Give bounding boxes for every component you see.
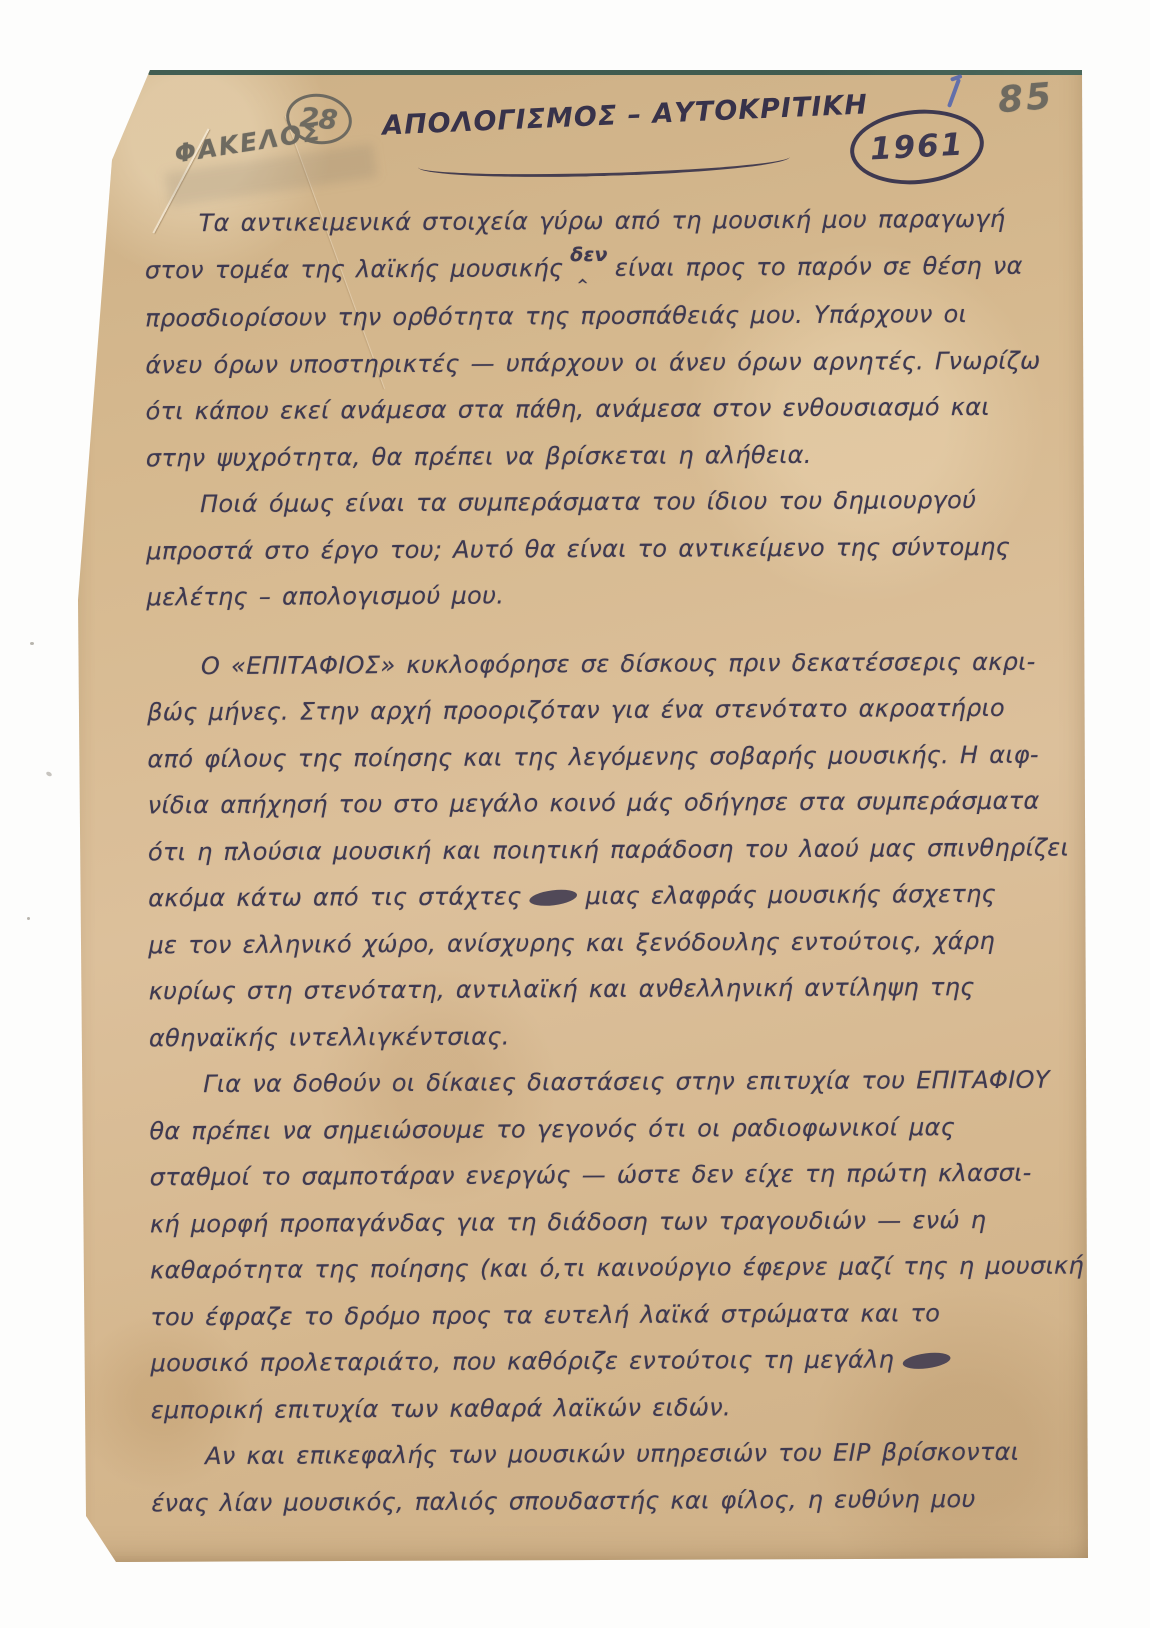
line-text: μπροστά στο έργο του; Αυτό θα είναι το α… xyxy=(146,532,1010,565)
year-label: 1961 xyxy=(869,127,965,168)
paper-top-edge xyxy=(148,69,1084,75)
line-text: εμπορική επιτυχία των καθαρά λαϊκών ειδώ… xyxy=(151,1393,731,1424)
line-text: Ποιά όμως είναι τα συμπεράσματα του ίδιο… xyxy=(200,486,976,518)
line-text: μιας ελαφράς μουσικής άσχετης xyxy=(585,880,996,910)
manuscript-line: Αν και επικεφαλής των μουσικών υπηρεσιών… xyxy=(151,1429,1061,1480)
line-text: στον τομέα της λαϊκής μουσικής xyxy=(145,254,564,284)
manuscript-line: Ποιά όμως είναι τα συμπεράσματα του ίδιο… xyxy=(146,477,1056,528)
line-text: του έφραζε το δρόμο προς τα ευτελή λαϊκά… xyxy=(150,1299,940,1331)
line-text: αθηναϊκής ιντελλιγκέντσιας. xyxy=(149,1022,510,1052)
line-text: κυρίως στη στενότατη, αντιλαϊκή και ανθε… xyxy=(149,973,975,1005)
line-text: ακόμα κάτω από τις στάχτες xyxy=(148,882,522,912)
manuscript-line: του έφραζε το δρόμο προς τα ευτελή λαϊκά… xyxy=(150,1289,1060,1340)
line-text: σταθμοί το σαμποτάραν ενεργώς — ώστε δεν… xyxy=(150,1159,1032,1192)
manuscript-line: κή μορφή προπαγάνδας για τη διάδοση των … xyxy=(150,1196,1060,1247)
scribble-mark xyxy=(901,1350,951,1371)
manuscript-line: στον τομέα της λαϊκής μουσικήςδενείναι π… xyxy=(145,242,1055,295)
manuscript-line: νίδια απήχησή του στο μεγάλο κοινό μάς ο… xyxy=(148,778,1058,829)
line-text: είναι προς το παρόν σε θέση να xyxy=(615,251,1023,281)
manuscript-line: βώς μήνες. Στην αρχή προοριζόταν για ένα… xyxy=(147,685,1057,736)
line-text: ότι κάπου εκεί ανάμεσα στα πάθη, ανάμεσα… xyxy=(146,393,990,425)
line-text: Ο «ΕΠΙΤΑΦΙΟΣ» κυκλοφόρησε σε δίσκους πρι… xyxy=(201,647,1036,679)
scanned-page: ΦΑΚΕΛΟΣ 28 ΑΠΟΛΟΓΙΣΜΟΣ – ΑΥΤΟΚΡΙΤΙΚΗ 196… xyxy=(0,0,1150,1628)
page-number: 85 xyxy=(996,76,1055,122)
manuscript-line: ότι η πλούσια μουσική και ποιητική παράδ… xyxy=(148,824,1058,875)
dust-speck xyxy=(27,917,30,920)
manuscript-line: μουσικό προλεταριάτο, που καθόριζε εντού… xyxy=(151,1336,1061,1387)
manuscript-line: θα πρέπει να σημειώσουμε το γεγονός ότι … xyxy=(149,1103,1059,1154)
line-text: άνευ όρων υποστηρικτές — υπάρχουν οι άνε… xyxy=(145,346,1040,379)
line-text: μελέτης – απολογισμού μου. xyxy=(147,582,505,612)
line-text: μουσικό προλεταριάτο, που καθόριζε εντού… xyxy=(151,1345,895,1377)
line-text: βώς μήνες. Στην αρχή προοριζόταν για ένα… xyxy=(147,694,1005,726)
line-text: από φίλους της ποίησης και της λεγόμενης… xyxy=(147,740,1039,773)
scribble-mark xyxy=(529,887,579,908)
manuscript-line: προσδιορίσουν την ορθότητα της προσπάθει… xyxy=(145,291,1055,342)
title-underline xyxy=(418,153,790,181)
line-text: ότι η πλούσια μουσική και ποιητική παράδ… xyxy=(148,833,1069,866)
manuscript-text: Τα αντικειμενικά στοιχεία γύρω από τη μο… xyxy=(145,196,1062,1527)
manuscript-line: σταθμοί το σαμποτάραν ενεργώς — ώστε δεν… xyxy=(150,1150,1060,1201)
line-text: προσδιορίσουν την ορθότητα της προσπάθει… xyxy=(145,300,967,332)
manuscript-line: με τον ελληνικό χώρο, ανίσχυρης και ξενό… xyxy=(148,917,1058,968)
manuscript-line: αθηναϊκής ιντελλιγκέντσιας. xyxy=(149,1010,1059,1061)
line-text: θα πρέπει να σημειώσουμε το γεγονός ότι … xyxy=(149,1113,955,1145)
dust-speck xyxy=(30,642,34,645)
paper-sheet: ΦΑΚΕΛΟΣ 28 ΑΠΟΛΟΓΙΣΜΟΣ – ΑΥΤΟΚΡΙΤΙΚΗ 196… xyxy=(70,62,1090,1567)
manuscript-line: Για να δοθούν οι δίκαιες διαστάσεις στην… xyxy=(149,1057,1059,1108)
manuscript-line: μπροστά στο έργο του; Αυτό θα είναι το α… xyxy=(146,523,1056,574)
folder-number: 28 xyxy=(299,102,339,136)
line-text: ένας λίαν μουσικός, παλιός σπουδαστής κα… xyxy=(151,1485,975,1517)
line-text: στην ψυχρότητα, θα πρέπει να βρίσκεται η… xyxy=(146,440,812,471)
blue-pen-check-mark xyxy=(947,78,961,108)
manuscript-line: από φίλους της ποίησης και της λεγόμενης… xyxy=(147,731,1057,782)
line-text: Για να δοθούν οι δίκαιες διαστάσεις στην… xyxy=(203,1066,1050,1098)
manuscript-line: μελέτης – απολογισμού μου. xyxy=(146,570,1056,621)
page-title: ΑΠΟΛΟΓΙΣΜΟΣ – ΑΥΤΟΚΡΙΤΙΚΗ xyxy=(382,89,869,141)
manuscript-line: καθαρότητα της ποίησης (και ό,τι καινούρ… xyxy=(150,1243,1060,1294)
line-text: κή μορφή προπαγάνδας για τη διάδοση των … xyxy=(150,1205,987,1237)
line-text: με τον ελληνικό χώρο, ανίσχυρης και ξενό… xyxy=(148,926,995,958)
dust-speck xyxy=(45,771,52,777)
manuscript-line: άνευ όρων υποστηρικτές — υπάρχουν οι άνε… xyxy=(145,337,1055,388)
manuscript-line: εμπορική επιτυχία των καθαρά λαϊκών ειδώ… xyxy=(151,1382,1061,1433)
manuscript-line: κυρίως στη στενότατη, αντιλαϊκή και ανθε… xyxy=(149,964,1059,1015)
manuscript-line: ότι κάπου εκεί ανάμεσα στα πάθη, ανάμεσα… xyxy=(146,384,1056,435)
manuscript-line: ακόμα κάτω από τις στάχτεςμιας ελαφράς μ… xyxy=(148,871,1058,922)
manuscript-line: ένας λίαν μουσικός, παλιός σπουδαστής κα… xyxy=(151,1475,1061,1526)
line-text: καθαρότητα της ποίησης (και ό,τι καινούρ… xyxy=(150,1251,1148,1284)
line-text: Αν και επικεφαλής των μουσικών υπηρεσιών… xyxy=(205,1438,1019,1470)
manuscript-line: στην ψυχρότητα, θα πρέπει να βρίσκεται η… xyxy=(146,430,1056,481)
inserted-word: δεν xyxy=(570,231,608,278)
line-text: νίδια απήχησή του στο μεγάλο κοινό μάς ο… xyxy=(148,787,1040,820)
manuscript-line: Ο «ΕΠΙΤΑΦΙΟΣ» κυκλοφόρησε σε δίσκους πρι… xyxy=(147,638,1057,689)
